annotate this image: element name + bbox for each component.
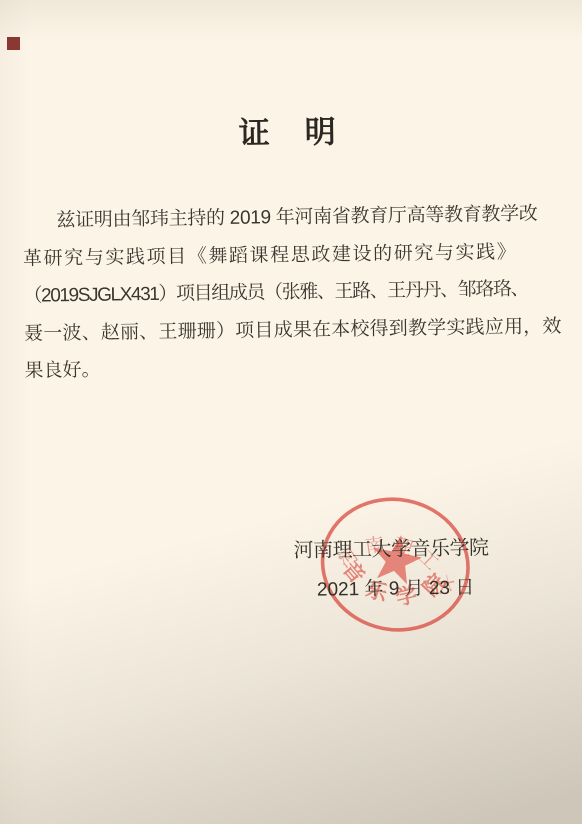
certificate-content: 证 明 兹证明由邹玮主持的 2019 年河南省教育厅高等教育教学改 革研究与实践… [0, 0, 582, 824]
certificate-title: 证 明 [0, 110, 579, 156]
body-line: 果良好。 [24, 349, 542, 394]
seal-ring [316, 493, 474, 635]
date-line: 2021 年 9 月 23 日 [314, 575, 476, 603]
certificate-photo: 证 明 兹证明由邹玮主持的 2019 年河南省教育厅高等教育教学改 革研究与实践… [0, 0, 582, 824]
signature-line: 河南理工大学音乐学院 [289, 535, 493, 564]
official-seal: 河南理工大学 音乐学院 [316, 493, 474, 635]
certificate-body: 兹证明由邹玮主持的 2019 年河南省教育厅高等教育教学改 革研究与实践项目《舞… [22, 200, 543, 395]
